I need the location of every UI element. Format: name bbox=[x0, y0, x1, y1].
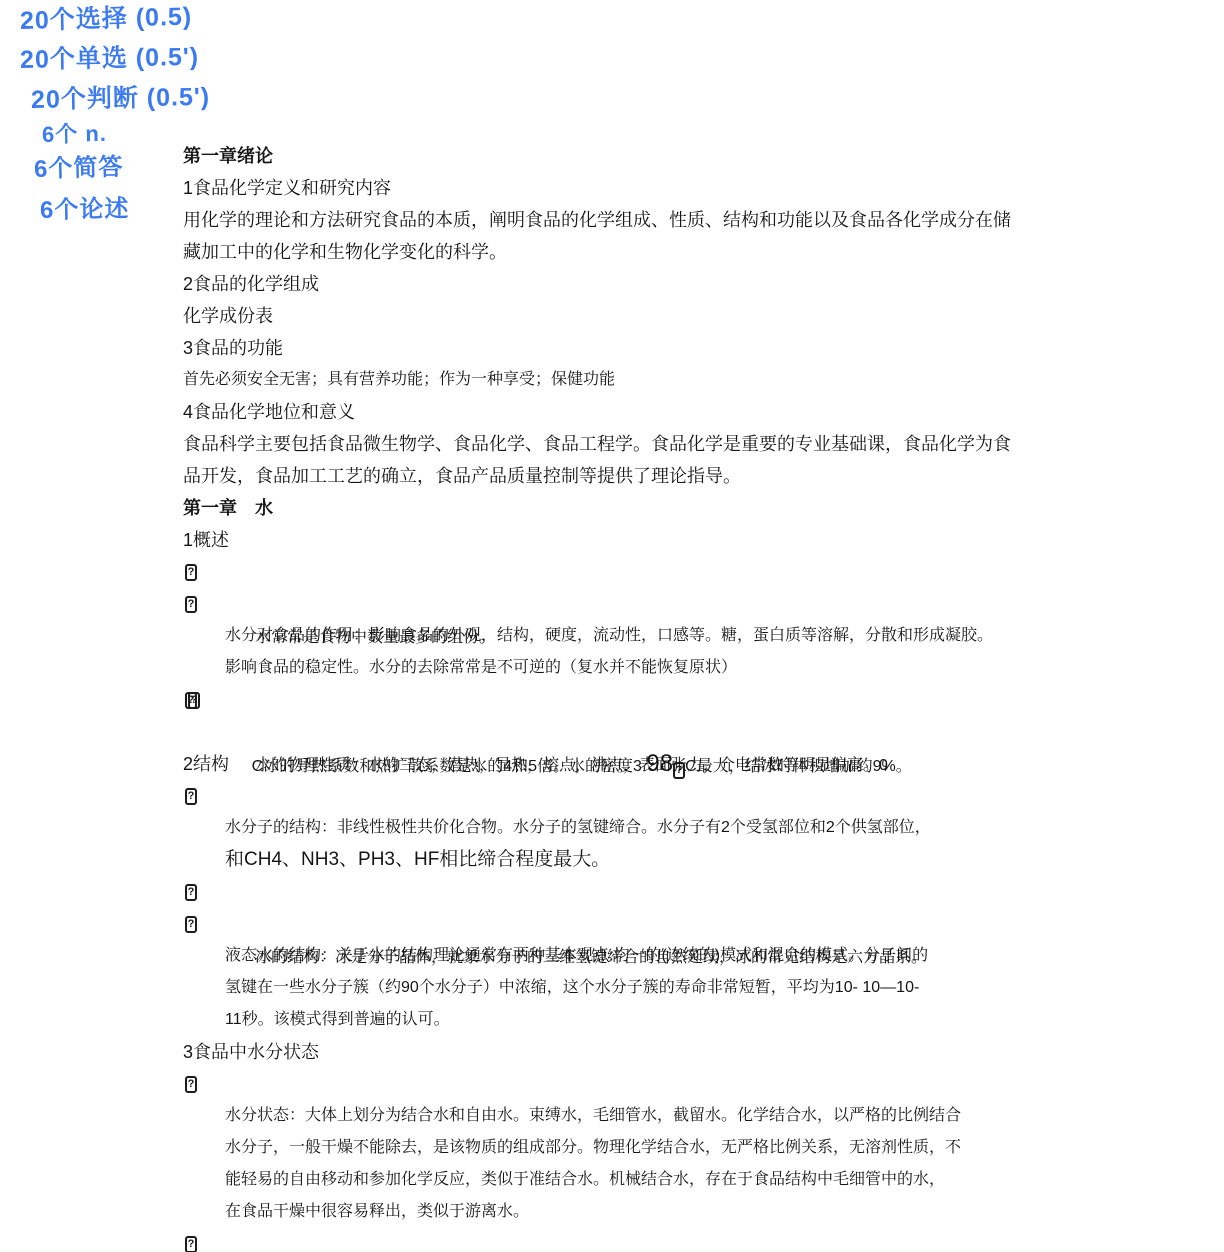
missing-glyph-icon: ? bbox=[185, 788, 197, 805]
missing-glyph-icon: ? bbox=[185, 884, 197, 901]
missing-glyph-icon: ? bbox=[185, 1076, 197, 1093]
missing-glyph-icon: ? bbox=[185, 564, 197, 581]
bullet-item: ? 水的物理性质：水的三态，潜热，显热，熔点，沸点，表面张力，介电常数等明显偏高… bbox=[183, 684, 1224, 716]
paragraph-line: 食品科学主要包括食品微生物学、食品化学、食品工程学。食品化学是重要的专业基础课，… bbox=[183, 428, 1224, 460]
handwritten-annotations: 20个选择 (0.5) 20个单选 (0.5') 20个判断 (0.5') 6个… bbox=[0, 0, 200, 230]
bullet-item: ? bbox=[183, 1068, 1224, 1100]
paragraph-line: 和CH4、NH3、PH3、HF相比缔合程度最大。 bbox=[183, 844, 1224, 876]
paragraph-line: 影响食品的稳定性。水分的去除常常是不可逆的（复水并不能恢复原状） bbox=[183, 652, 1224, 684]
paragraph-line: 用化学的理论和方法研究食品的本质，阐明食品的化学组成、性质、结构和功能以及食品各… bbox=[183, 204, 1224, 236]
section-heading: 1概述 bbox=[183, 524, 1224, 556]
missing-glyph-icon: ? bbox=[185, 916, 197, 933]
paragraph-line: 藏加工中的化学和生物化学变化的科学。 bbox=[183, 236, 1224, 268]
chapter-heading: 第一章 水 bbox=[183, 492, 1224, 524]
document-page: 20个选择 (0.5) 20个单选 (0.5') 20个判断 (0.5') 6个… bbox=[0, 0, 1224, 1252]
chapter-heading: 第一章绪论 bbox=[183, 140, 1224, 172]
handwritten-note: 20个选择 (0.5) bbox=[20, 0, 193, 37]
missing-glyph-icon: ? bbox=[185, 596, 197, 613]
missing-glyph-icon: ? bbox=[185, 1236, 197, 1252]
bullet-item: ? bbox=[183, 780, 1224, 812]
bullet-text: 水常常是食物中数量最多的组份。 bbox=[255, 629, 495, 646]
paragraph-line: 能轻易的自由移动和参加化学反应，类似于准结合水。机械结合水，存在于食品结构中毛细… bbox=[183, 1164, 1224, 1196]
section-heading: 1食品化学定义和研究内容 bbox=[183, 172, 1224, 204]
paragraph-line: 水分子，一般干燥不能除去，是该物质的组成部分。物理化学结合水，无严格比例关系，无… bbox=[183, 1132, 1224, 1164]
paragraph-line: 首先必须安全无害；具有营养功能；作为一种享受；保健功能 bbox=[183, 364, 1224, 396]
handwritten-note: 20个单选 (0.5') bbox=[20, 37, 200, 76]
section-heading: 4食品化学地位和意义 bbox=[183, 396, 1224, 428]
paragraph-line: 水分子的结构：非线性极性共价化合物。水分子的氢键缔合。水分子有2个受氢部位和2个… bbox=[183, 812, 1224, 844]
handwritten-note: 6个 n. bbox=[42, 117, 107, 149]
missing-glyph-icon: ? bbox=[188, 692, 200, 709]
paragraph-line: 水分状态：大体上划分为结合水和自由水。束缚水，毛细管水，截留水。化学结合水，以严… bbox=[183, 1100, 1224, 1132]
bullet-item: ? bbox=[183, 588, 1224, 620]
bullet-item: ? 冰的结构：冰是分子晶体，就象水分子的三维氢键缔合的自然延续，冰的常见结构是六… bbox=[183, 876, 1224, 908]
paragraph-line: 在食品干燥中很容易释出，类似于游离水。 bbox=[183, 1196, 1224, 1228]
handwritten-note: 6个论述 bbox=[40, 188, 130, 225]
paragraph-line: C冰的导热系数和热扩散系数是水的4和5倍。水的密度3 98?C最大，结冰时体积增… bbox=[183, 716, 1224, 748]
section-heading: 3食品的功能 bbox=[183, 332, 1224, 364]
section-heading: 2食品的化学组成 bbox=[183, 268, 1224, 300]
bullet-text: 水的物理性质：水的三态，潜热，显热，熔点，沸点，表面张力，介电常数等明显偏高。0 bbox=[255, 757, 888, 774]
bullet-text: 冰的结构：冰是分子晶体，就象水分子的三维氢键缔合的自然延续，冰的常见结构是六方晶… bbox=[255, 949, 927, 966]
handwritten-note: 20个判断 (0.5') bbox=[31, 77, 211, 116]
paragraph-line: 品开发，食品加工工艺的确立，食品产品质量控制等提供了理论指导。 bbox=[183, 460, 1224, 492]
bullet-item: ? bbox=[183, 1228, 1224, 1252]
paragraph-line: 11秒。该模式得到普遍的认可。 bbox=[183, 1004, 1224, 1036]
paragraph-line: 氢键在一些水分子簇（约90个水分子）中浓缩，这个水分子簇的寿命非常短暂，平均为1… bbox=[183, 972, 1224, 1004]
document-body: 第一章绪论 1食品化学定义和研究内容 用化学的理论和方法研究食品的本质，阐明食品… bbox=[183, 140, 1224, 1252]
bullet-item: ? 水常常是食物中数量最多的组份。 bbox=[183, 556, 1224, 588]
bullet-item: ? bbox=[183, 908, 1224, 940]
handwritten-note: 6个简答 bbox=[34, 147, 124, 184]
section-heading: 化学成份表 bbox=[183, 300, 1224, 332]
section-heading: 3食品中水分状态 bbox=[183, 1036, 1224, 1068]
